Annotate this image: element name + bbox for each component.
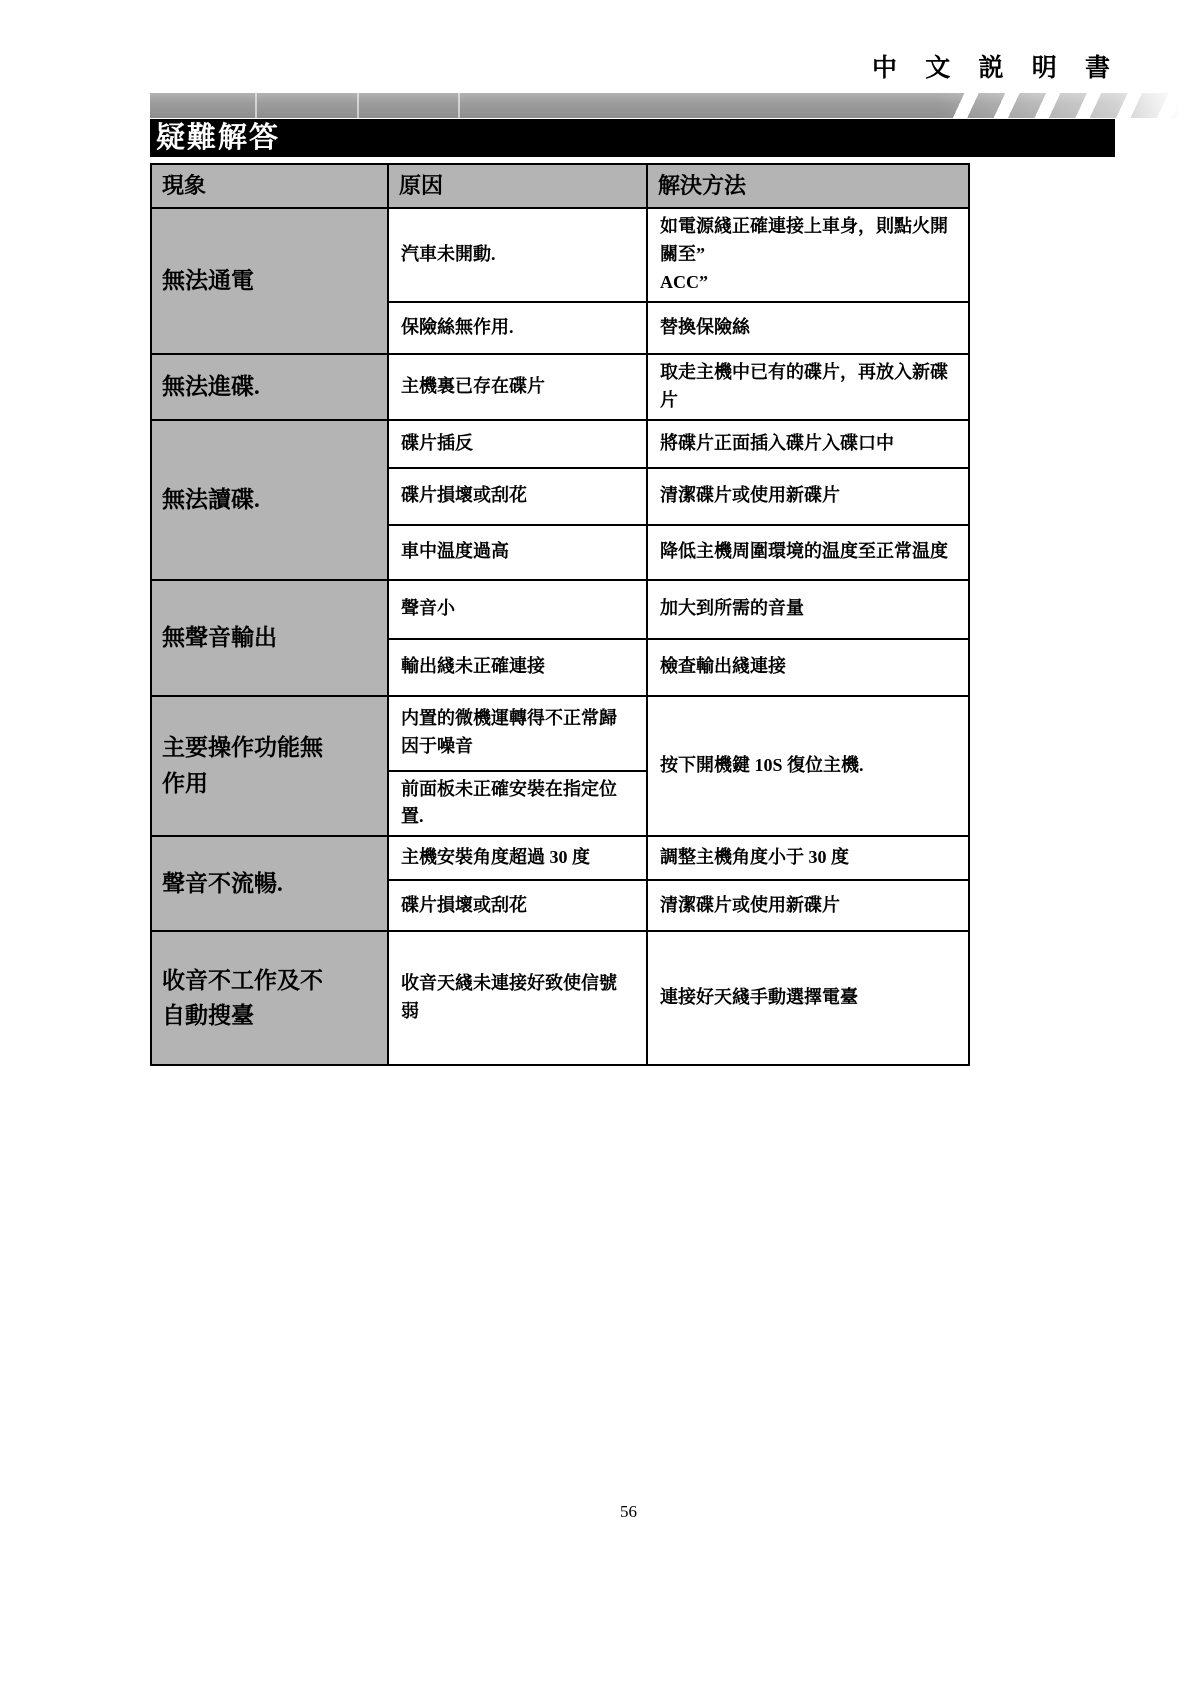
solution-cell: 將碟片正面插入碟片入碟口中 bbox=[647, 420, 969, 468]
doc-header-title: 中 文 説 明 書 bbox=[872, 48, 1121, 84]
solution-cell: 取走主機中已有的碟片，再放入新碟片 bbox=[647, 354, 969, 420]
phenomenon-cell: 主要操作功能無 作用 bbox=[151, 696, 388, 837]
banner-divider bbox=[357, 93, 359, 118]
table-row: 收音不工作及不 自動搜臺 收音天綫未連接好致使信號 弱 連接好天綫手動選擇電臺 bbox=[151, 931, 969, 1065]
cause-cell: 碟片插反 bbox=[388, 420, 647, 468]
solution-cell: 按下開機鍵 10S 復位主機. bbox=[647, 696, 969, 837]
cause-cell: 保險絲無作用. bbox=[388, 302, 647, 354]
section-title-bar: 疑難解答 bbox=[150, 119, 1115, 157]
cause-cell: 輸出綫未正確連接 bbox=[388, 639, 647, 696]
table-row: 聲音不流暢. 主機安裝角度超過 30 度 調整主機角度小于 30 度 bbox=[151, 836, 969, 880]
table-header-row: 現象 原因 解決方法 bbox=[151, 164, 969, 208]
manual-page: 中 文 説 明 書 疑難解答 現象 原因 解決方法 無法通電 汽車未開動. 如電… bbox=[0, 0, 1191, 1684]
cause-cell: 汽車未開動. bbox=[388, 208, 647, 302]
cause-cell: 前面板未正確安裝在指定位 置. bbox=[388, 771, 647, 837]
cause-cell: 主機裏已存在碟片 bbox=[388, 354, 647, 420]
solution-cell: 連接好天綫手動選擇電臺 bbox=[647, 931, 969, 1065]
phenomenon-cell: 收音不工作及不 自動搜臺 bbox=[151, 931, 388, 1065]
banner-divider bbox=[255, 93, 257, 118]
cause-cell: 碟片損壞或刮花 bbox=[388, 880, 647, 931]
solution-cell: 調整主機角度小于 30 度 bbox=[647, 836, 969, 880]
column-header-phenomenon: 現象 bbox=[151, 164, 388, 208]
banner-diagonal-stripes bbox=[938, 93, 1190, 118]
page-number: 56 bbox=[620, 1502, 637, 1522]
table-row: 主要操作功能無 作用 内置的微機運轉得不正常歸 因于噪音 按下開機鍵 10S 復… bbox=[151, 696, 969, 771]
table-row: 無法進碟. 主機裏已存在碟片 取走主機中已有的碟片，再放入新碟片 bbox=[151, 354, 969, 420]
cause-cell: 收音天綫未連接好致使信號 弱 bbox=[388, 931, 647, 1065]
table-row: 無聲音輸出 聲音小 加大到所需的音量 bbox=[151, 580, 969, 639]
phenomenon-cell: 無聲音輸出 bbox=[151, 580, 388, 696]
solution-cell: 加大到所需的音量 bbox=[647, 580, 969, 639]
phenomenon-cell: 聲音不流暢. bbox=[151, 836, 388, 931]
banner-divider bbox=[458, 93, 460, 118]
cause-cell: 車中温度過高 bbox=[388, 525, 647, 580]
solution-cell: 清潔碟片或使用新碟片 bbox=[647, 468, 969, 525]
solution-cell: 如電源綫正確連接上車身，則點火開關至” ACC” bbox=[647, 208, 969, 302]
cause-cell: 主機安裝角度超過 30 度 bbox=[388, 836, 647, 880]
cause-cell: 聲音小 bbox=[388, 580, 647, 639]
solution-cell: 替換保險絲 bbox=[647, 302, 969, 354]
table-row: 無法通電 汽車未開動. 如電源綫正確連接上車身，則點火開關至” ACC” bbox=[151, 208, 969, 302]
solution-cell: 降低主機周圍環境的温度至正常温度 bbox=[647, 525, 969, 580]
phenomenon-cell: 無法讀碟. bbox=[151, 420, 388, 580]
column-header-cause: 原因 bbox=[388, 164, 647, 208]
solution-cell: 清潔碟片或使用新碟片 bbox=[647, 880, 969, 931]
table-row: 無法讀碟. 碟片插反 將碟片正面插入碟片入碟口中 bbox=[151, 420, 969, 468]
troubleshooting-table: 現象 原因 解決方法 無法通電 汽車未開動. 如電源綫正確連接上車身，則點火開關… bbox=[150, 163, 970, 1066]
phenomenon-cell: 無法通電 bbox=[151, 208, 388, 354]
cause-cell: 碟片損壞或刮花 bbox=[388, 468, 647, 525]
cause-cell: 内置的微機運轉得不正常歸 因于噪音 bbox=[388, 696, 647, 771]
column-header-solution: 解決方法 bbox=[647, 164, 969, 208]
section-title: 疑難解答 bbox=[156, 122, 280, 154]
solution-cell: 檢查輸出綫連接 bbox=[647, 639, 969, 696]
phenomenon-cell: 無法進碟. bbox=[151, 354, 388, 420]
